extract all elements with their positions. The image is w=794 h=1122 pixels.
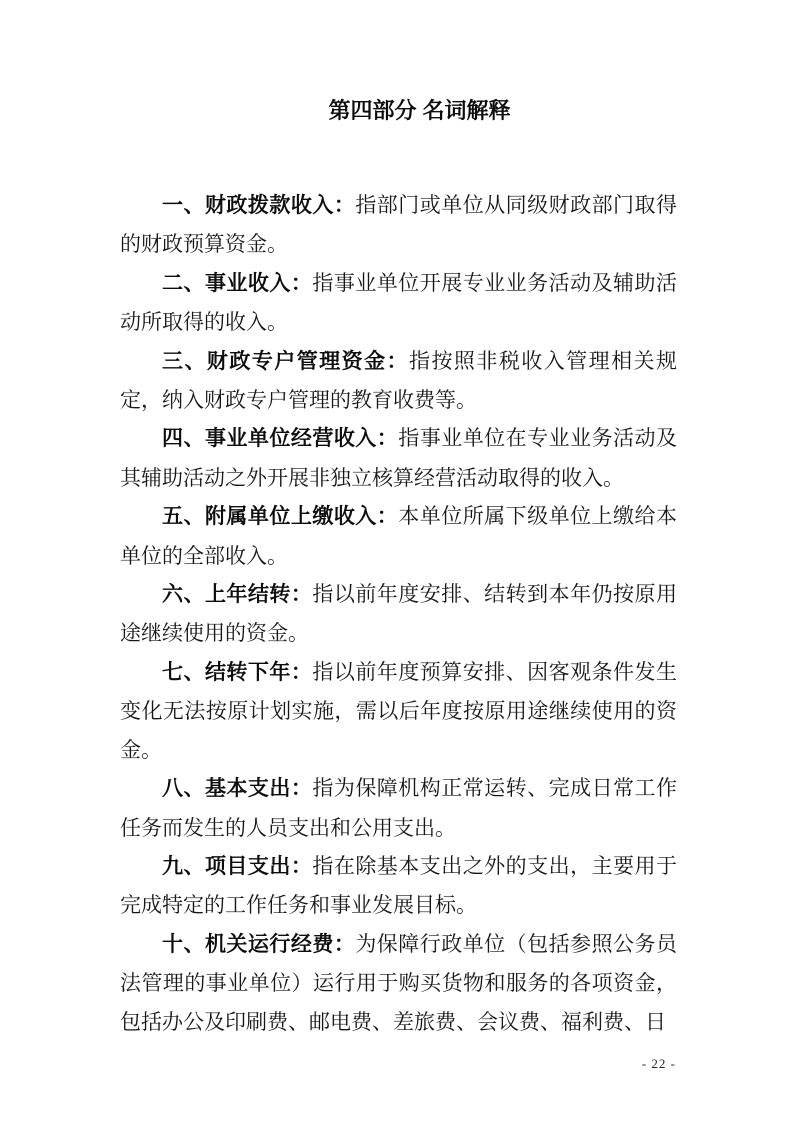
glossary-paragraph: 十、机关运行经费：为保障行政单位（包括参照公务员法管理的事业单位）运行用于购买货… (120, 925, 677, 1041)
glossary-paragraph: 六、上年结转：指以前年度安排、结转到本年仍按原用途继续使用的资金。 (120, 575, 677, 653)
glossary-paragraph: 九、项目支出：指在除基本支出之外的支出，主要用于完成特定的工作任务和事业发展目标… (120, 847, 677, 925)
glossary-paragraph: 七、结转下年：指以前年度预算安排、因客观条件发生变化无法按原计划实施，需以后年度… (120, 653, 677, 769)
glossary-term: 十、机关运行经费： (162, 933, 355, 956)
glossary-term: 六、上年结转： (162, 583, 312, 606)
glossary-paragraph: 二、事业收入：指事业单位开展专业业务活动及辅助活动所取得的收入。 (120, 264, 677, 342)
glossary-term: 二、事业收入： (162, 272, 312, 295)
page-title: 第四部分 名词解释 (120, 92, 677, 130)
glossary-term: 八、基本支出： (162, 777, 312, 800)
page-number: - 22 - (642, 1056, 676, 1072)
glossary-term: 四、事业单位经营收入： (162, 427, 398, 450)
glossary-paragraph: 五、附属单位上缴收入：本单位所属下级单位上缴给本单位的全部收入。 (120, 497, 677, 575)
document-page: 第四部分 名词解释 一、财政拨款收入：指部门或单位从同级财政部门取得的财政预算资… (0, 0, 794, 1122)
glossary-term: 七、结转下年： (162, 661, 312, 684)
glossary-term: 五、附属单位上缴收入： (162, 505, 398, 528)
glossary-paragraph: 八、基本支出：指为保障机构正常运转、完成日常工作任务而发生的人员支出和公用支出。 (120, 769, 677, 847)
glossary-paragraph: 四、事业单位经营收入：指事业单位在专业业务活动及其辅助活动之外开展非独立核算经营… (120, 419, 677, 497)
glossary-term: 九、项目支出： (162, 855, 312, 878)
glossary-paragraph: 一、财政拨款收入：指部门或单位从同级财政部门取得的财政预算资金。 (120, 186, 677, 264)
glossary-term: 三、财政专户管理资金： (162, 350, 409, 373)
glossary-paragraph: 三、财政专户管理资金：指按照非税收入管理相关规定，纳入财政专户管理的教育收费等。 (120, 342, 677, 420)
glossary-term: 一、财政拨款收入： (162, 194, 355, 217)
document-content: 第四部分 名词解释 一、财政拨款收入：指部门或单位从同级财政部门取得的财政预算资… (120, 92, 677, 1041)
